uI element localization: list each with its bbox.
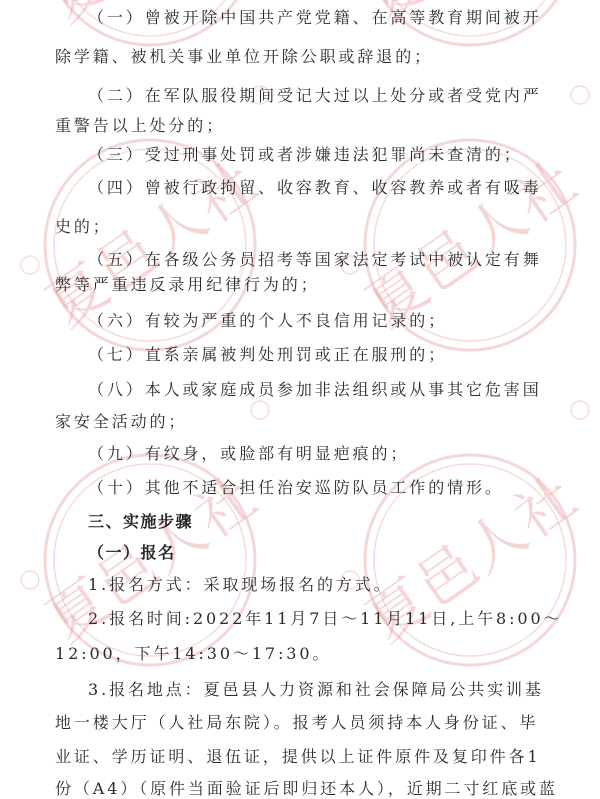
paragraph-line: （一）曾被开除中国共产党党籍、在高等教育期间被开 <box>88 8 600 28</box>
paragraph-line: （五）在各级公务员招考等国家法定考试中被认定有舞 <box>88 250 600 270</box>
section-heading: （一）报名 <box>88 543 600 563</box>
paragraph-line: （四）曾被行政拘留、收容教育、收容教养或者有吸毒 <box>88 178 600 198</box>
paragraph-line: （二）在军队服役期间受记大过以上处分或者受党内严 <box>88 86 600 106</box>
paragraph-line: 1.报名方式：采取现场报名的方式。 <box>88 575 600 595</box>
paragraph-line: 除学籍、被机关事业单位开除公职或辞退的； <box>55 47 600 67</box>
paragraph-line: 史的； <box>55 217 600 237</box>
paragraph-line: 弊等严重违反录用纪律行为的； <box>55 275 600 295</box>
paragraph-line: 2.报名时间:2022年11月7日～11月11日,上午8:00～ <box>88 609 600 629</box>
paragraph-line: 业证、学历证明、退伍证，提供以上证件原件及复印件各1 <box>55 747 600 767</box>
document-page: （一）曾被开除中国共产党党籍、在高等教育期间被开除学籍、被机关事业单位开除公职或… <box>0 0 600 799</box>
paragraph-line: （十）其他不适合担任治安巡防队员工作的情形。 <box>88 478 600 498</box>
paragraph-line: 家安全活动的； <box>55 412 600 432</box>
paragraph-line: （六）有较为严重的个人不良信用记录的； <box>88 311 600 331</box>
paragraph-line: 12:00，下午14:30～17:30。 <box>55 644 600 664</box>
paragraph-line: 重警告以上处分的； <box>55 116 600 136</box>
paragraph-line: 份（A4）（原件当面验证后即归还本人），近期二寸红底或蓝 <box>55 779 600 799</box>
paragraph-line: （七）直系亲属被判处刑罚或正在服刑的； <box>88 345 600 365</box>
paragraph-line: （三）受过刑事处罚或者涉嫌违法犯罪尚未查清的； <box>88 145 600 165</box>
section-heading: 三、实施步骤 <box>88 512 600 532</box>
paragraph-line: （八）本人或家庭成员参加非法组织或从事其它危害国 <box>88 380 600 400</box>
paragraph-line: 3.报名地点：夏邑县人力资源和社会保障局公共实训基 <box>88 680 600 700</box>
paragraph-line: 地一楼大厅（人社局东院）。报考人员须持本人身份证、毕 <box>55 713 600 733</box>
paragraph-line: （九）有纹身，或脸部有明显疤痕的； <box>88 444 600 464</box>
